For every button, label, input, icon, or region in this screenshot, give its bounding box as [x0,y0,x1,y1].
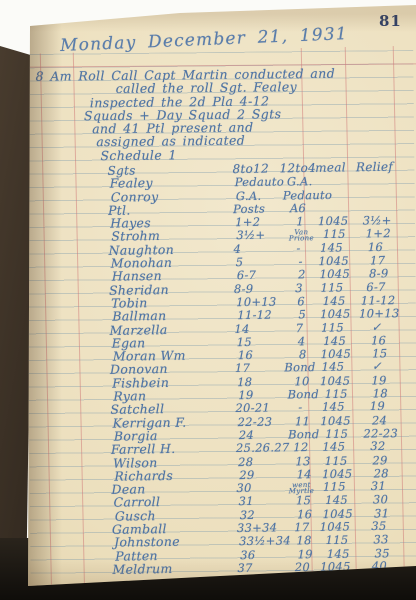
roster-cell-c3: 1045 [316,308,354,320]
roster-cell-c4 [352,201,398,202]
roster-cell-name: Meldrum [112,563,172,576]
roster-cell-name: Farrell H. [111,443,176,456]
roster-cell-c2: G.A. [282,175,318,187]
roster-cell-c3 [312,201,350,202]
roster-cell-c1: 36 [240,549,255,561]
roster-cell-c3: 115 [315,228,353,240]
roster-cell-c4: 31 [359,507,405,520]
roster-cell-c1: G.A. [236,189,262,201]
roster-table: Sgts8to1212to4mealReliefFealeyPedautoG.A… [0,161,416,578]
roster-cell-c3: 1045 [314,215,352,227]
roster-cell-c4: 22-23 [358,427,404,440]
roster-cell-c1: 1+2 [235,216,260,228]
roster-cell-c3: 145 [312,241,350,254]
roster-cell-c2: A6 [280,202,316,215]
roster-cell-c3: 1045 [316,374,354,386]
roster-cell-c4: 28 [358,467,404,480]
roster-cell-c4: 18 [357,387,403,400]
roster-cell-c3: 145 [318,494,356,506]
roster-cell-c2: 7 [281,321,317,334]
roster-cell-c1: Pedauto [235,176,284,189]
roster-cell-c2: 12 [283,441,319,454]
roster-cell-c2: 16 [287,508,323,520]
roster-cell-c3: 145 [315,295,353,307]
roster-cell-c3: 1045 [316,520,354,533]
roster-cell-c2: 13 [285,455,321,467]
roster-cell-c2: went Myrtle [283,482,319,495]
photo-backdrop: 81 Monday December 21, 1931 8 Am Roll Ca… [0,0,416,600]
roster-cell-c4: 35 [359,547,405,560]
roster-cell-c3: 145 [319,547,357,559]
roster-cell-c2: 8 [285,348,321,360]
roster-cell-c3: 1045 [315,255,353,267]
roster-cell-c4: 32 [355,440,401,453]
roster-cell-c4: 24 [357,414,403,427]
roster-cell-c1: 11-12 [237,309,272,321]
roster-cell-c3: 145 [314,401,352,414]
roster-cell-c4: ✓ [354,360,400,373]
roster-cell-c2: 1 [282,215,318,227]
roster-cell-c2: Bond [285,388,321,400]
roster-cell-c4: 30 [358,494,404,507]
roster-cell-c3: 1045 [316,268,354,280]
roster-cell-c3: 145 [316,335,354,347]
roster-cell-c1: 17 [235,362,250,374]
roster-cell-c2: Pedauto [283,189,319,201]
roster-cell-c4: 17 [355,254,401,267]
roster-cell-c1: 30 [236,482,251,494]
roster-cell-c2: 4 [284,335,320,347]
roster-cell-c1: 25.26.27 [236,441,290,454]
page-number: 81 [379,12,402,30]
roster-cell-c3: 115 [318,428,356,440]
roster-cell-c1: 14 [234,322,249,334]
roster-cell-c3: 115 [315,480,353,493]
roster-cell-c1: 10+13 [236,296,277,308]
roster-cell-c4: 3½+ [354,214,400,227]
roster-cell-c4: 29 [357,454,403,467]
roster-cell-c1: 24 [239,429,254,441]
roster-cell-c2: 15 [286,495,322,507]
roster-cell-c2: 12to4 [279,162,315,175]
roster-cell-c1: 31 [239,495,254,507]
roster-cell-c4: 6-7 [353,280,399,293]
roster-cell-c3: 1045 [318,467,356,479]
roster-cell-c2: Bond [282,361,318,374]
roster-cell-c2: 2 [284,268,320,280]
roster-cell-c1: 37 [237,562,252,574]
roster-cell-c4: 31 [355,480,401,493]
roster-cell-c2: 18 [286,534,322,546]
roster-cell-c1: 33½+34 [239,535,291,548]
roster-cell-name: Ballman [112,310,166,323]
roster-cell-c1: 29 [239,469,254,481]
roster-cell-c1: 8-9 [234,282,254,294]
roster-cell-c2: 5 [284,308,320,320]
roster-cell-c1: 3½+ [236,229,265,241]
roster-cell-c3: 115 [313,281,351,294]
roster-cell-c3: 115 [317,454,355,466]
roster-cell-c1: 18 [237,376,252,388]
roster-cell-c4: 16 [356,334,402,347]
roster-cell-c4: 19 [354,400,400,413]
roster-cell-c4: 11-12 [355,294,401,307]
roster-cell-c1: 22-23 [238,415,273,427]
roster-cell-c2: 10 [284,375,320,387]
roster-cell-c2: - [280,242,316,255]
roster-cell-c1: 4 [233,243,241,255]
roster-cell-c4 [354,174,400,175]
roster-cell-c2: 6 [283,295,319,307]
roster-cell-c4: 16 [352,240,398,253]
roster-cell-c1: 33+34 [237,521,278,534]
roster-cell-c3: 1045 [319,507,357,519]
roster-cell-c4: 33 [358,533,404,546]
roster-cell-c1: 15 [237,336,252,348]
roster-cell-c3: 1045 [317,348,355,360]
roster-cell-c4: 19 [356,374,402,387]
roster-cell-c4: 1+2 [355,228,401,241]
roster-cell-c1: 20-21 [235,402,270,415]
roster-cell-c2: 14 [286,468,322,480]
roster-cell-c3: 145 [314,361,352,374]
roster-cell-c1: 6-7 [237,269,257,281]
roster-cell-c3: 115 [313,321,351,334]
ledger-page: 81 Monday December 21, 1931 8 Am Roll Ca… [0,0,416,600]
roster-cell-c2: Bond [286,428,322,440]
roster-cell-c2: Van Prione [283,230,319,242]
roster-cell-c3: 1045 [317,414,355,426]
roster-cell-c2: 17 [284,521,320,534]
roster-cell-c3: 115 [317,388,355,400]
roster-cell-c1: 8to12 [232,163,269,176]
roster-cell-c4: 10+13 [356,307,402,320]
roster-cell-name: Strohm [111,231,160,244]
roster-cell-c1: 32 [240,509,255,521]
roster-cell-c3: 145 [315,441,353,454]
entry-paragraph: 8 Am Roll Call Capt Martin conducted and… [0,66,416,163]
roster-cell-c1: 28 [238,455,253,467]
roster-cell-c2: - [282,401,318,414]
roster-cell-c2: 3 [281,282,317,295]
roster-cell-c1: Posts [233,202,265,214]
roster-cell-c1: 19 [238,389,253,401]
roster-cell-c2: 11 [285,415,321,427]
roster-cell-c3: meal [311,161,349,174]
roster-cell-c4: 35 [356,520,402,533]
roster-cell-c1: 16 [238,349,253,361]
roster-cell-c2: - [283,255,319,267]
roster-cell-c3: 115 [318,534,356,546]
roster-cell-c4 [355,188,401,189]
roster-cell-c4: Relief [351,161,397,174]
roster-cell-c2: 19 [287,548,323,560]
roster-cell-c1: 5 [236,256,244,268]
roster-cell-name: Hansen [112,270,162,283]
roster-cell-c4: 8-9 [356,267,402,280]
roster-cell-c4: ✓ [353,320,399,333]
roster-cell-name: Conroy [111,191,159,204]
